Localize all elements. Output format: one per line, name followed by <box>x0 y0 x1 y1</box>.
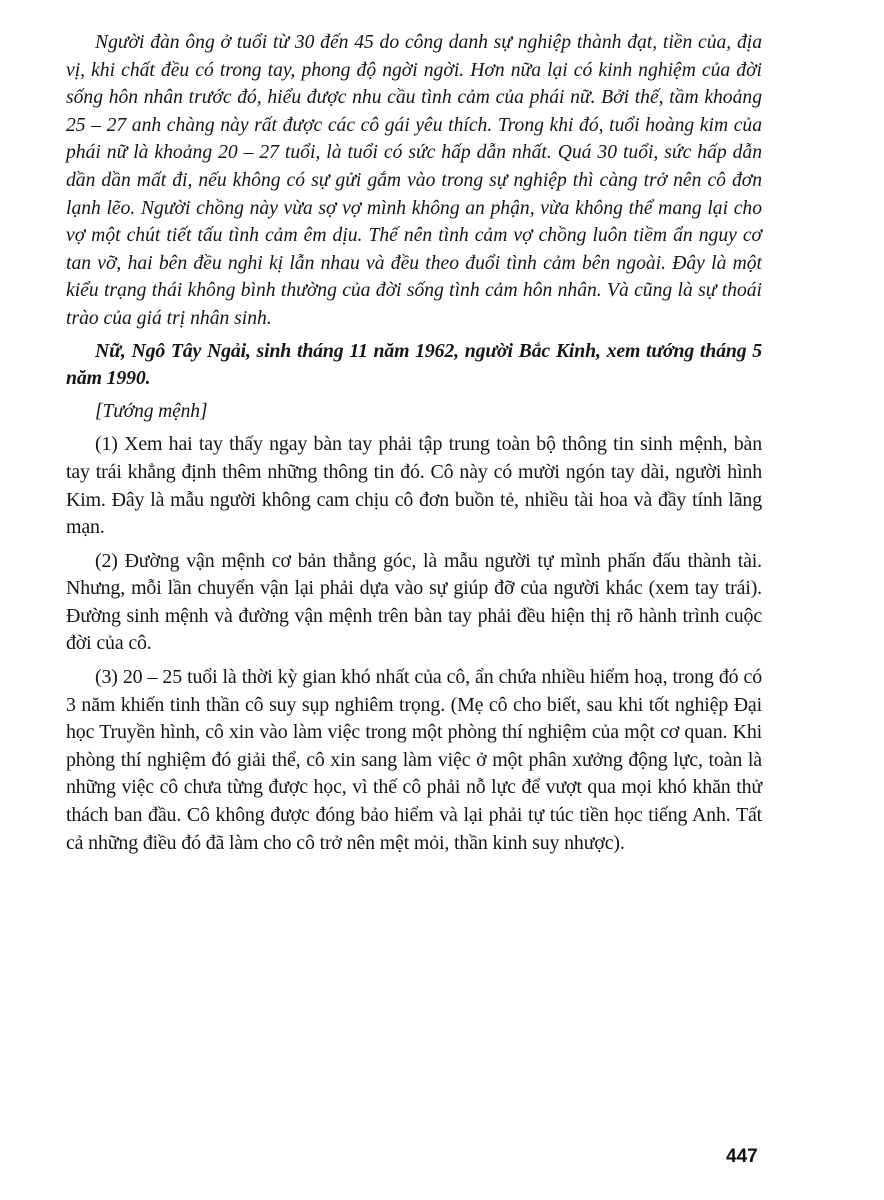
page-number: 447 <box>726 1146 758 1168</box>
paragraph-point-2: (2) Đường vận mệnh cơ bản thẳng góc, là … <box>66 548 762 658</box>
book-page-text: Người đàn ông ở tuổi từ 30 đến 45 do côn… <box>66 29 762 857</box>
case-heading: Nữ, Ngô Tây Ngải, sinh tháng 11 năm 1962… <box>66 338 762 393</box>
paragraph-point-3: (3) 20 – 25 tuổi là thời kỳ gian khó nhấ… <box>66 664 762 857</box>
paragraph-commentary: Người đàn ông ở tuổi từ 30 đến 45 do côn… <box>66 29 762 333</box>
section-label-tuong-menh: [Tướng mệnh] <box>66 398 762 426</box>
paragraph-point-1: (1) Xem hai tay thấy ngay bàn tay phải t… <box>66 431 762 541</box>
